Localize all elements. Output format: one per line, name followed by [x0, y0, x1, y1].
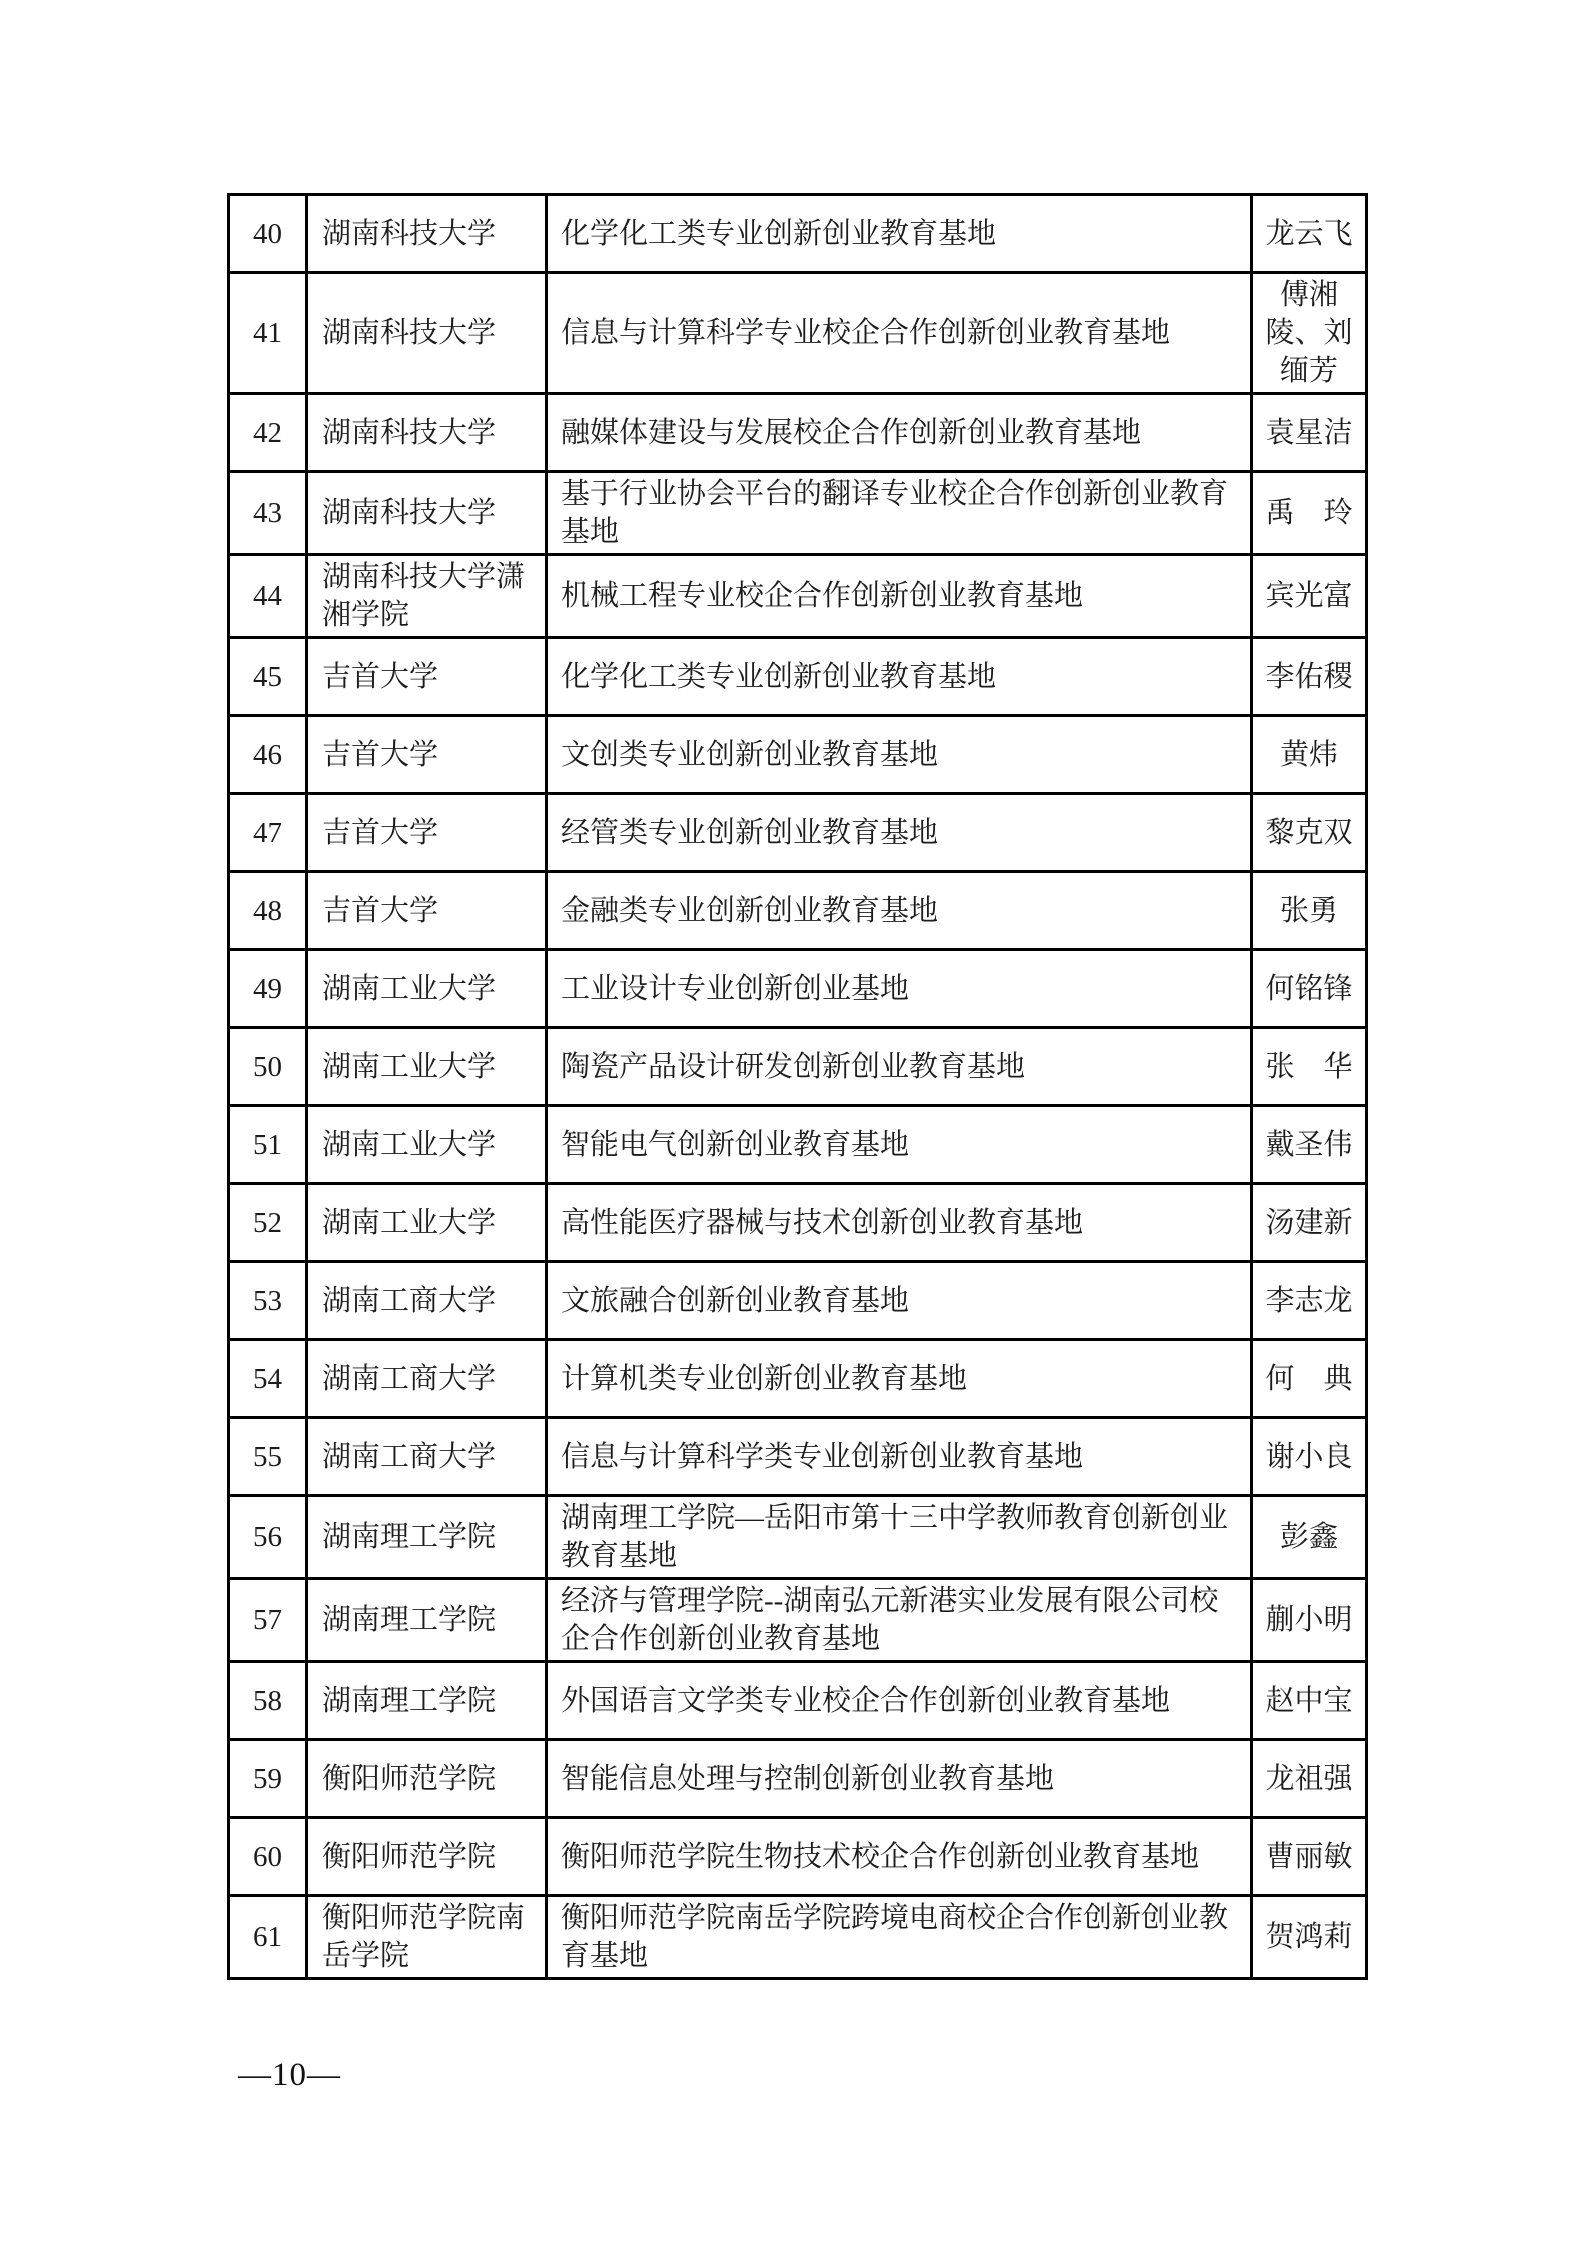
row-number: 43 [229, 472, 307, 555]
university-name: 吉首大学 [307, 716, 547, 794]
row-number: 60 [229, 1818, 307, 1896]
base-name: 湖南理工学院—岳阳市第十三中学教师教育创新创业教育基地 [547, 1496, 1252, 1579]
row-number: 54 [229, 1340, 307, 1418]
page-number: —10— [238, 2057, 341, 2094]
base-name: 基于行业协会平台的翻译专业校企合作创新创业教育基地 [547, 472, 1252, 555]
base-name: 信息与计算科学类专业创新创业教育基地 [547, 1418, 1252, 1496]
table-body: 40 湖南科技大学 化学化工类专业创新创业教育基地 龙云飞 41 湖南科技大学 … [229, 195, 1367, 1979]
row-number: 42 [229, 394, 307, 472]
table-row: 57 湖南理工学院 经济与管理学院--湖南弘元新港实业发展有限公司校企合作创新创… [229, 1579, 1367, 1662]
university-name: 湖南工商大学 [307, 1262, 547, 1340]
table-row: 55 湖南工商大学 信息与计算科学类专业创新创业教育基地 谢小良 [229, 1418, 1367, 1496]
university-name: 湖南科技大学 [307, 394, 547, 472]
base-name: 机械工程专业校企合作创新创业教育基地 [547, 555, 1252, 638]
university-name: 湖南科技大学 [307, 195, 547, 273]
university-name: 湖南工商大学 [307, 1340, 547, 1418]
table-row: 54 湖南工商大学 计算机类专业创新创业教育基地 何 典 [229, 1340, 1367, 1418]
university-name: 湖南科技大学 [307, 472, 547, 555]
person-name: 龙祖强 [1252, 1740, 1367, 1818]
person-name: 谢小良 [1252, 1418, 1367, 1496]
person-name: 禹 玲 [1252, 472, 1367, 555]
university-name: 湖南科技大学 [307, 273, 547, 394]
base-name: 工业设计专业创新创业基地 [547, 950, 1252, 1028]
table-row: 40 湖南科技大学 化学化工类专业创新创业教育基地 龙云飞 [229, 195, 1367, 273]
base-name: 文旅融合创新创业教育基地 [547, 1262, 1252, 1340]
row-number: 44 [229, 555, 307, 638]
base-name: 信息与计算科学专业校企合作创新创业教育基地 [547, 273, 1252, 394]
table-row: 53 湖南工商大学 文旅融合创新创业教育基地 李志龙 [229, 1262, 1367, 1340]
person-name: 戴圣伟 [1252, 1106, 1367, 1184]
table-row: 48 吉首大学 金融类专业创新创业教育基地 张勇 [229, 872, 1367, 950]
person-name: 李佑稷 [1252, 638, 1367, 716]
person-name: 蒯小明 [1252, 1579, 1367, 1662]
person-name: 宾光富 [1252, 555, 1367, 638]
table-row: 44 湖南科技大学潇湘学院 机械工程专业校企合作创新创业教育基地 宾光富 [229, 555, 1367, 638]
person-name: 何铭锋 [1252, 950, 1367, 1028]
row-number: 59 [229, 1740, 307, 1818]
base-name: 智能电气创新创业教育基地 [547, 1106, 1252, 1184]
table-row: 45 吉首大学 化学化工类专业创新创业教育基地 李佑稷 [229, 638, 1367, 716]
table-row: 52 湖南工业大学 高性能医疗器械与技术创新创业教育基地 汤建新 [229, 1184, 1367, 1262]
row-number: 47 [229, 794, 307, 872]
university-name: 湖南理工学院 [307, 1662, 547, 1740]
table-row: 50 湖南工业大学 陶瓷产品设计研发创新创业教育基地 张 华 [229, 1028, 1367, 1106]
university-name: 湖南工业大学 [307, 1106, 547, 1184]
person-name: 黄炜 [1252, 716, 1367, 794]
table-row: 58 湖南理工学院 外国语言文学类专业校企合作创新创业教育基地 赵中宝 [229, 1662, 1367, 1740]
person-name: 曹丽敏 [1252, 1818, 1367, 1896]
row-number: 41 [229, 273, 307, 394]
person-name: 张 华 [1252, 1028, 1367, 1106]
university-name: 衡阳师范学院 [307, 1818, 547, 1896]
table-row: 43 湖南科技大学 基于行业协会平台的翻译专业校企合作创新创业教育基地 禹 玲 [229, 472, 1367, 555]
university-name: 湖南工业大学 [307, 950, 547, 1028]
person-name: 黎克双 [1252, 794, 1367, 872]
row-number: 40 [229, 195, 307, 273]
person-name: 贺鸿莉 [1252, 1896, 1367, 1979]
table-row: 59 衡阳师范学院 智能信息处理与控制创新创业教育基地 龙祖强 [229, 1740, 1367, 1818]
base-name: 经管类专业创新创业教育基地 [547, 794, 1252, 872]
base-name: 衡阳师范学院南岳学院跨境电商校企合作创新创业教育基地 [547, 1896, 1252, 1979]
base-name: 衡阳师范学院生物技术校企合作创新创业教育基地 [547, 1818, 1252, 1896]
document-page: 40 湖南科技大学 化学化工类专业创新创业教育基地 龙云飞 41 湖南科技大学 … [0, 0, 1587, 2245]
table-row: 51 湖南工业大学 智能电气创新创业教育基地 戴圣伟 [229, 1106, 1367, 1184]
university-name: 衡阳师范学院南岳学院 [307, 1896, 547, 1979]
university-name: 湖南理工学院 [307, 1579, 547, 1662]
base-list-table: 40 湖南科技大学 化学化工类专业创新创业教育基地 龙云飞 41 湖南科技大学 … [227, 193, 1368, 1980]
base-name: 化学化工类专业创新创业教育基地 [547, 638, 1252, 716]
base-name: 文创类专业创新创业教育基地 [547, 716, 1252, 794]
base-name: 金融类专业创新创业教育基地 [547, 872, 1252, 950]
university-name: 湖南科技大学潇湘学院 [307, 555, 547, 638]
table-row: 47 吉首大学 经管类专业创新创业教育基地 黎克双 [229, 794, 1367, 872]
table-row: 49 湖南工业大学 工业设计专业创新创业基地 何铭锋 [229, 950, 1367, 1028]
row-number: 49 [229, 950, 307, 1028]
person-name: 汤建新 [1252, 1184, 1367, 1262]
person-name: 傅湘陵、刘缅芳 [1252, 273, 1367, 394]
row-number: 53 [229, 1262, 307, 1340]
university-name: 衡阳师范学院 [307, 1740, 547, 1818]
base-name: 外国语言文学类专业校企合作创新创业教育基地 [547, 1662, 1252, 1740]
row-number: 46 [229, 716, 307, 794]
person-name: 张勇 [1252, 872, 1367, 950]
base-name: 陶瓷产品设计研发创新创业教育基地 [547, 1028, 1252, 1106]
person-name: 袁星洁 [1252, 394, 1367, 472]
person-name: 赵中宝 [1252, 1662, 1367, 1740]
row-number: 52 [229, 1184, 307, 1262]
university-name: 吉首大学 [307, 638, 547, 716]
row-number: 58 [229, 1662, 307, 1740]
person-name: 李志龙 [1252, 1262, 1367, 1340]
row-number: 50 [229, 1028, 307, 1106]
base-name: 融媒体建设与发展校企合作创新创业教育基地 [547, 394, 1252, 472]
row-number: 55 [229, 1418, 307, 1496]
base-name: 经济与管理学院--湖南弘元新港实业发展有限公司校企合作创新创业教育基地 [547, 1579, 1252, 1662]
base-name: 计算机类专业创新创业教育基地 [547, 1340, 1252, 1418]
row-number: 51 [229, 1106, 307, 1184]
table-row: 42 湖南科技大学 融媒体建设与发展校企合作创新创业教育基地 袁星洁 [229, 394, 1367, 472]
row-number: 48 [229, 872, 307, 950]
university-name: 湖南工业大学 [307, 1028, 547, 1106]
row-number: 57 [229, 1579, 307, 1662]
row-number: 61 [229, 1896, 307, 1979]
base-name: 化学化工类专业创新创业教育基地 [547, 195, 1252, 273]
university-name: 湖南工商大学 [307, 1418, 547, 1496]
university-name: 湖南理工学院 [307, 1496, 547, 1579]
person-name: 何 典 [1252, 1340, 1367, 1418]
person-name: 彭鑫 [1252, 1496, 1367, 1579]
base-name: 高性能医疗器械与技术创新创业教育基地 [547, 1184, 1252, 1262]
table-row: 41 湖南科技大学 信息与计算科学专业校企合作创新创业教育基地 傅湘陵、刘缅芳 [229, 273, 1367, 394]
table-row: 61 衡阳师范学院南岳学院 衡阳师范学院南岳学院跨境电商校企合作创新创业教育基地… [229, 1896, 1367, 1979]
table-row: 46 吉首大学 文创类专业创新创业教育基地 黄炜 [229, 716, 1367, 794]
row-number: 45 [229, 638, 307, 716]
row-number: 56 [229, 1496, 307, 1579]
table-row: 60 衡阳师范学院 衡阳师范学院生物技术校企合作创新创业教育基地 曹丽敏 [229, 1818, 1367, 1896]
university-name: 吉首大学 [307, 872, 547, 950]
person-name: 龙云飞 [1252, 195, 1367, 273]
university-name: 湖南工业大学 [307, 1184, 547, 1262]
base-name: 智能信息处理与控制创新创业教育基地 [547, 1740, 1252, 1818]
table-row: 56 湖南理工学院 湖南理工学院—岳阳市第十三中学教师教育创新创业教育基地 彭鑫 [229, 1496, 1367, 1579]
university-name: 吉首大学 [307, 794, 547, 872]
